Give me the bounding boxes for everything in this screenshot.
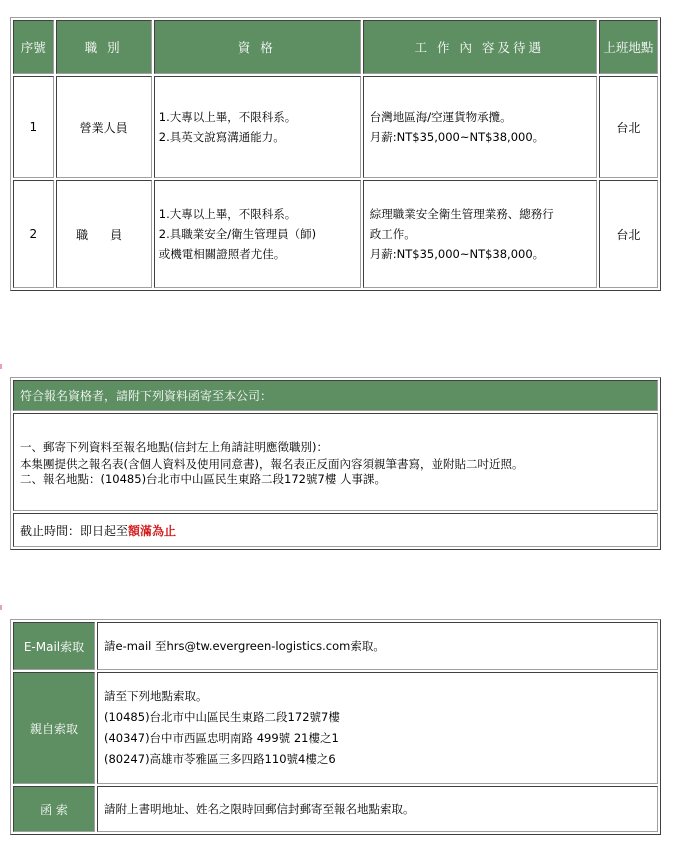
method-detail-mail: 請附上書明地址、姓名之限時回郵信封郵寄至報名地點索取。: [97, 786, 658, 832]
row-no: 2: [13, 180, 54, 288]
description-line: 月薪:NT$35,000~NT$38,000。: [370, 244, 595, 264]
method-label-in-person: 親自索取: [13, 672, 95, 784]
address-line: (40347)台中市西區忠明南路 499號 21樓之1: [104, 728, 656, 749]
row-qualifications: 1.大專以上畢，不限科系。 2.具職業安全/衛生管理員（師) 或機電相關證照者尤…: [154, 180, 361, 288]
qualification-line: 2.具職業安全/衛生管理員（師): [159, 224, 359, 244]
header-description: 工 作 內 容及待遇: [363, 20, 597, 74]
method-label-email: E-Mail索取: [13, 622, 95, 670]
qualification-line: 或機電相關證照者尤佳。: [159, 244, 359, 264]
table-header-row: 序號 職 別 資 格 工 作 內 容及待遇 上班地點: [13, 20, 658, 74]
header-qualifications: 資 格: [154, 20, 361, 74]
deadline-label: 截止時間：即日起至: [20, 524, 128, 538]
address-line: (80247)高雄市苓雅區三多四路110號4樓之6: [104, 749, 656, 770]
page-edge-marker: [0, 364, 2, 369]
row-description: 綜理職業安全衛生管理業務、總務行 政工作。 月薪:NT$35,000~NT$38…: [363, 180, 597, 288]
job-listings-table: 序號 職 別 資 格 工 作 內 容及待遇 上班地點 1 營業人員 1.大專以上…: [10, 17, 661, 291]
qualification-line: 2.具英文說寫溝通能力。: [159, 127, 359, 147]
obtain-form-table: E-Mail索取 請e-mail 至hrs@tw.evergreen-logis…: [10, 619, 661, 835]
qualification-line: 1.大專以上畢，不限科系。: [159, 107, 359, 127]
header-location: 上班地點: [599, 20, 658, 74]
table-row: 2 職員 1.大專以上畢，不限科系。 2.具職業安全/衛生管理員（師) 或機電相…: [13, 180, 658, 288]
row-qualifications: 1.大專以上畢，不限科系。 2.具英文說寫溝通能力。: [154, 76, 361, 178]
qualification-line: 1.大專以上畢，不限科系。: [159, 204, 359, 224]
table-row: 親自索取 請至下列地點索取。 (10485)台北市中山區民生東路二段172號7樓…: [13, 672, 658, 784]
application-title: 符合報名資格者，請附下列資料函寄至本公司：: [13, 380, 658, 411]
table-row: 1 營業人員 1.大專以上畢，不限科系。 2.具英文說寫溝通能力。 台灣地區海/…: [13, 76, 658, 178]
row-description: 台灣地區海/空運貨物承攬。 月薪:NT$35,000~NT$38,000。: [363, 76, 597, 178]
deadline-cell: 截止時間：即日起至額滿為止: [13, 513, 658, 547]
row-title: 營業人員: [56, 76, 152, 178]
header-title: 職 別: [56, 20, 152, 74]
row-title: 職員: [56, 180, 152, 288]
description-line: 台灣地區海/空運貨物承攬。: [370, 107, 595, 127]
description-line: 綜理職業安全衛生管理業務、總務行: [370, 204, 595, 224]
application-instructions-table: 符合報名資格者，請附下列資料函寄至本公司： 一、郵寄下列資料至報名地點(信封左上…: [10, 377, 661, 550]
description-line: 政工作。: [370, 224, 595, 244]
address-line: (10485)台北市中山區民生東路二段172號7樓: [104, 707, 656, 728]
deadline-value: 額滿為止: [128, 524, 176, 538]
method-detail-email: 請e-mail 至hrs@tw.evergreen-logistics.com索…: [97, 622, 658, 670]
instruction-line: 一、郵寄下列資料至報名地點(信封左上角請註明應徵職別)：: [20, 437, 656, 457]
table-row: 函 索 請附上書明地址、姓名之限時回郵信封郵寄至報名地點索取。: [13, 786, 658, 832]
email-instruction: 請e-mail 至hrs@tw.evergreen-logistics.com索…: [104, 636, 656, 657]
instruction-line: 本集團提供之報名表(含個人資料及使用同意書)，報名表正反面內容須親筆書寫，並附貼…: [20, 457, 656, 472]
table-row: E-Mail索取 請e-mail 至hrs@tw.evergreen-logis…: [13, 622, 658, 670]
page-edge-marker: [0, 605, 2, 610]
mail-instruction: 請附上書明地址、姓名之限時回郵信封郵寄至報名地點索取。: [104, 799, 656, 820]
description-line: 月薪:NT$35,000~NT$38,000。: [370, 127, 595, 147]
method-detail-in-person: 請至下列地點索取。 (10485)台北市中山區民生東路二段172號7樓 (403…: [97, 672, 658, 784]
row-location: 台北: [599, 180, 658, 288]
header-no: 序號: [13, 20, 54, 74]
instruction-line: 二、報名地點：(10485)台北市中山區民生東路二段172號7樓 人事課。: [20, 472, 656, 487]
method-label-mail: 函 索: [13, 786, 95, 832]
row-no: 1: [13, 76, 54, 178]
row-location: 台北: [599, 76, 658, 178]
application-body: 一、郵寄下列資料至報名地點(信封左上角請註明應徵職別)： 本集團提供之報名表(含…: [13, 413, 658, 511]
address-line: 請至下列地點索取。: [104, 686, 656, 707]
